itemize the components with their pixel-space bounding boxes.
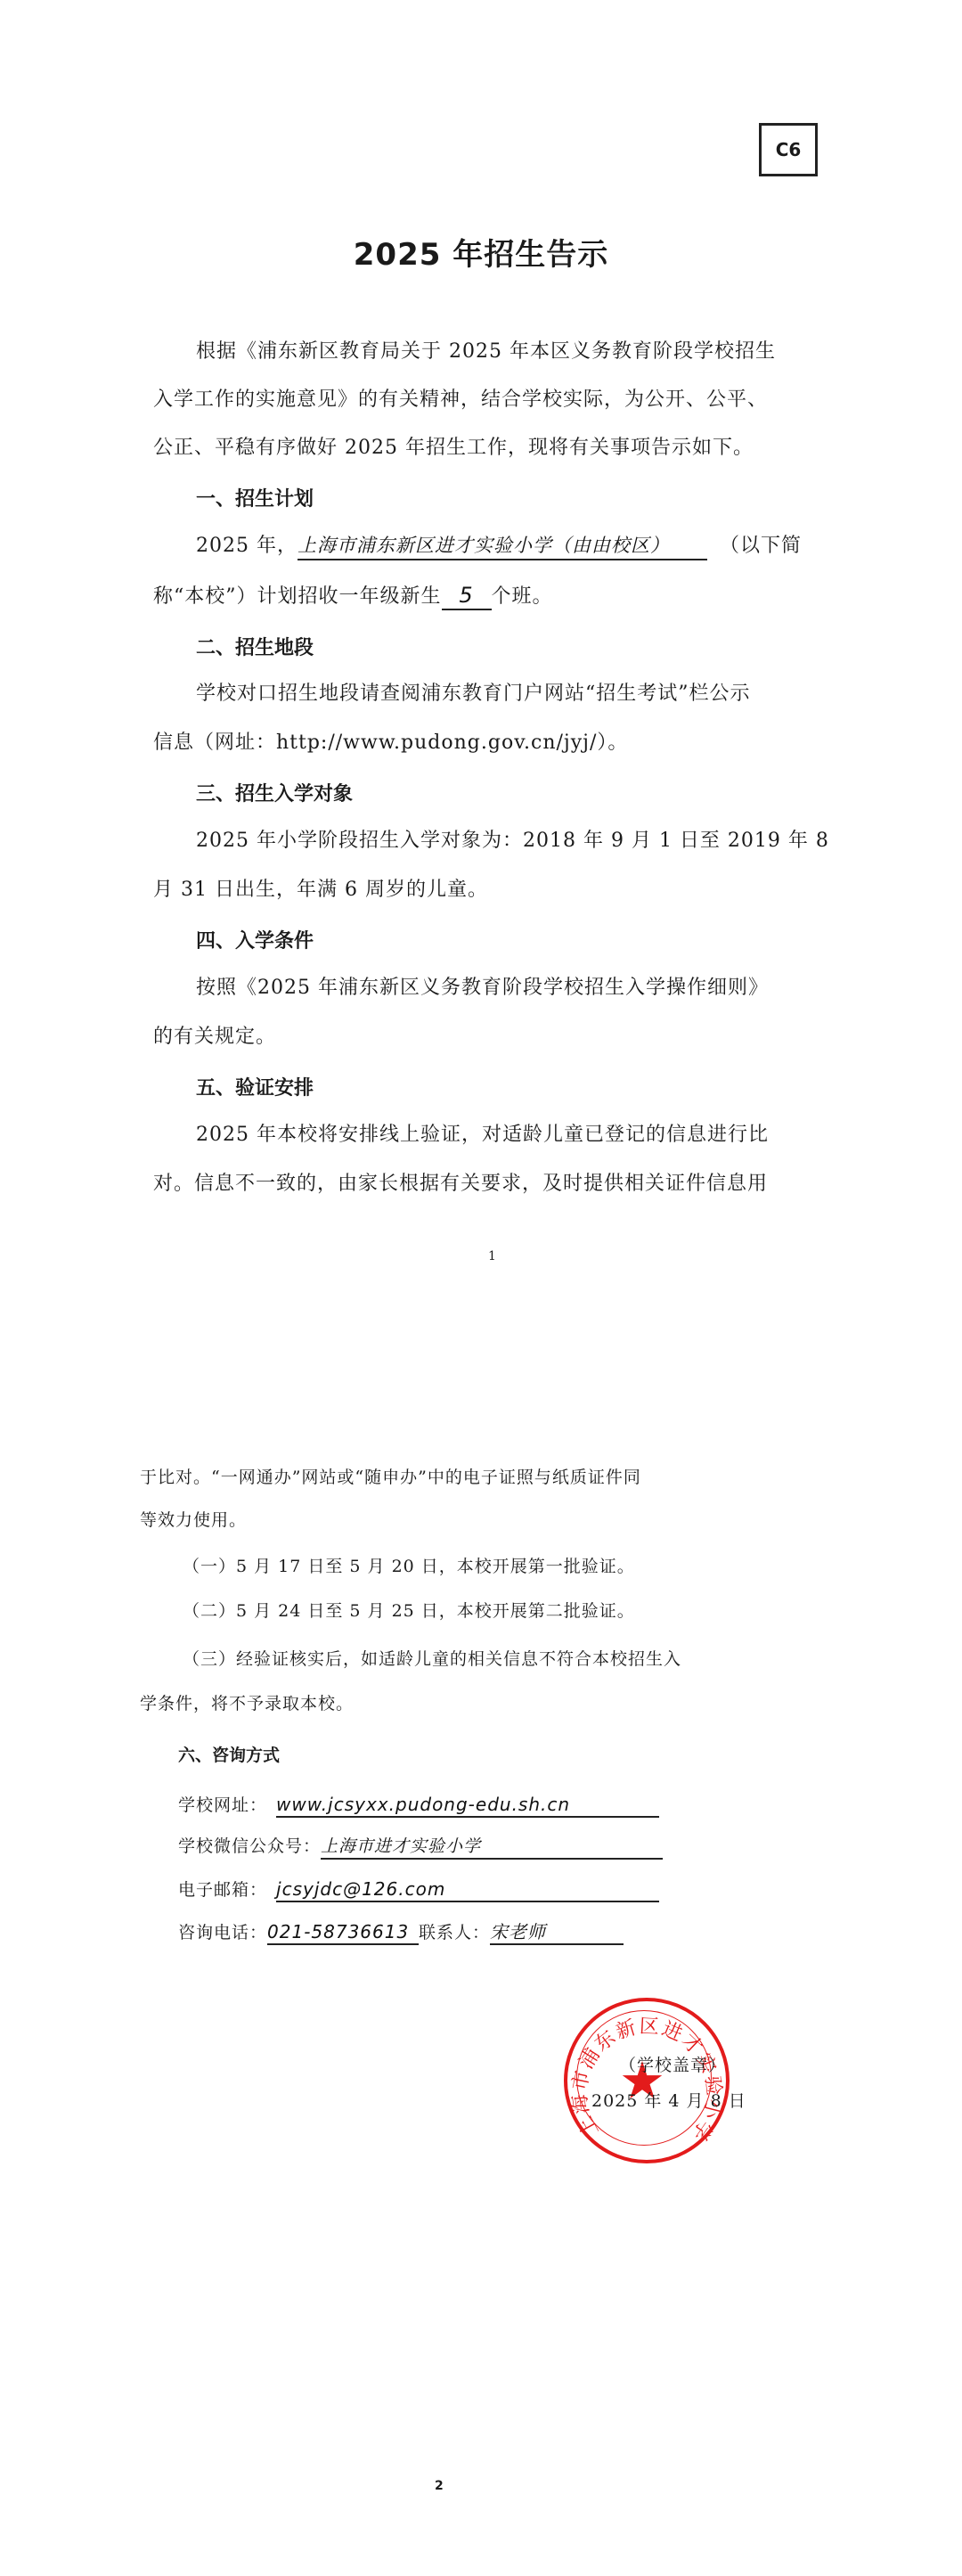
contact-row-wechat: 学校微信公众号：上海市进才实验小学 (178, 1835, 663, 1860)
phone-value: 021-58736613 (267, 1920, 419, 1945)
eligibility-line-2: 月 31 日出生，年满 6 周岁的儿童。 (153, 877, 488, 904)
continued-line-1: 于比对。“一网通办”网站或“随申办”中的电子证照与纸质证件同 (140, 1466, 641, 1489)
eligibility-line-1: 2025 年小学阶段招生入学对象为：2018 年 9 月 1 日至 2019 年… (196, 828, 829, 855)
section-heading-1: 一、招生计划 (196, 484, 314, 511)
stamp-arc-text: 上海市浦东新区进才实验小学 (564, 1998, 730, 2163)
wechat-value: 上海市进才实验小学 (321, 1835, 663, 1860)
verification-line-2: 对。信息不一致的，由家长根据有关要求，及时提供相关证件信息用 (153, 1171, 768, 1198)
verification-item-1: （一）5 月 17 日至 5 月 20 日，本校开展第一批验证。 (183, 1555, 635, 1578)
plan-prefix: 2025 年， (196, 535, 298, 557)
intro-line-2: 入学工作的实施意见》的有关精神，结合学校实际，为公开、公平、 (153, 387, 768, 413)
svg-text:上海市浦东新区进才实验小学: 上海市浦东新区进才实验小学 (568, 2016, 725, 2147)
section-heading-2: 二、招生地段 (196, 633, 314, 660)
contact-person-value: 宋老师 (490, 1920, 624, 1945)
continued-line-2: 等效力使用。 (140, 1509, 247, 1532)
enrollment-plan-line-2: 称“本校”）计划招收一年级新生5个班。 (153, 582, 553, 610)
contact-row-website: 学校网址：www.jcsyxx.pudong-edu.sh.cn (178, 1793, 659, 1818)
enrollment-plan-line-1: 2025 年，上海市浦东新区进才实验小学（由由校区）（以下简 (196, 532, 802, 560)
plan-line2-suffix: 个班。 (492, 585, 553, 608)
document-code-box: C6 (759, 123, 818, 176)
website-label: 学校网址： (178, 1795, 267, 1815)
district-line-1: 学校对口招生地段请查阅浦东教育门户网站“招生考试”栏公示 (196, 681, 751, 707)
contact-person-label: 联系人： (419, 1923, 490, 1942)
plan-suffix: （以下简 (720, 535, 802, 557)
wechat-label: 学校微信公众号： (178, 1836, 321, 1856)
website-value: www.jcsyxx.pudong-edu.sh.cn (276, 1793, 659, 1818)
class-count-handwritten: 5 (442, 582, 492, 610)
page-title: 2025 年招生告示 (0, 230, 962, 274)
school-name-handwritten: 上海市浦东新区进才实验小学（由由校区） (298, 532, 707, 560)
phone-label: 咨询电话： (178, 1923, 267, 1942)
email-label: 电子邮箱： (178, 1880, 267, 1900)
section-heading-3: 三、招生入学对象 (196, 779, 353, 806)
email-value: jcsyjdc@126.com (276, 1877, 659, 1902)
contact-row-phone: 咨询电话：021-58736613联系人：宋老师 (178, 1920, 624, 1945)
stamp-text: 上海市浦东新区进才实验小学 (568, 2016, 725, 2147)
verification-line-1: 2025 年本校将安排线上验证，对适龄儿童已登记的信息进行比 (196, 1122, 769, 1149)
district-line-2: 信息（网址：http://www.pudong.gov.cn/jyj/）。 (153, 730, 628, 756)
conditions-line-1: 按照《2025 年浦东新区义务教育阶段学校招生入学操作细则》 (196, 975, 769, 1002)
section-heading-4: 四、入学条件 (196, 926, 314, 953)
intro-line-3: 公正、平稳有序做好 2025 年招生工作，现将有关事项告示如下。 (153, 435, 754, 462)
page-number-1: 1 (488, 1249, 496, 1263)
plan-line2-prefix: 称“本校”）计划招收一年级新生 (153, 585, 442, 608)
contact-row-email: 电子邮箱：jcsyjdc@126.com (178, 1877, 659, 1902)
notice-date: 2025 年 4 月 8 日 (591, 2089, 746, 2113)
verification-item-3-cont: 学条件，将不予录取本校。 (140, 1692, 354, 1715)
intro-line-1: 根据《浦东新区教育局关于 2025 年本区义务教育阶段学校招生 (196, 339, 776, 365)
conditions-line-2: 的有关规定。 (153, 1024, 276, 1051)
verification-item-3: （三）经验证核实后，如适龄儿童的相关信息不符合本校招生入 (183, 1648, 681, 1671)
verification-item-2: （二）5 月 24 日至 5 月 25 日，本校开展第二批验证。 (183, 1599, 635, 1623)
section-heading-6: 六、咨询方式 (178, 1742, 280, 1766)
document-code: C6 (776, 139, 802, 160)
section-heading-5: 五、验证安排 (196, 1073, 314, 1100)
page-number-2: 2 (435, 2479, 444, 2493)
seal-label: （学校盖章） (619, 2054, 726, 2077)
